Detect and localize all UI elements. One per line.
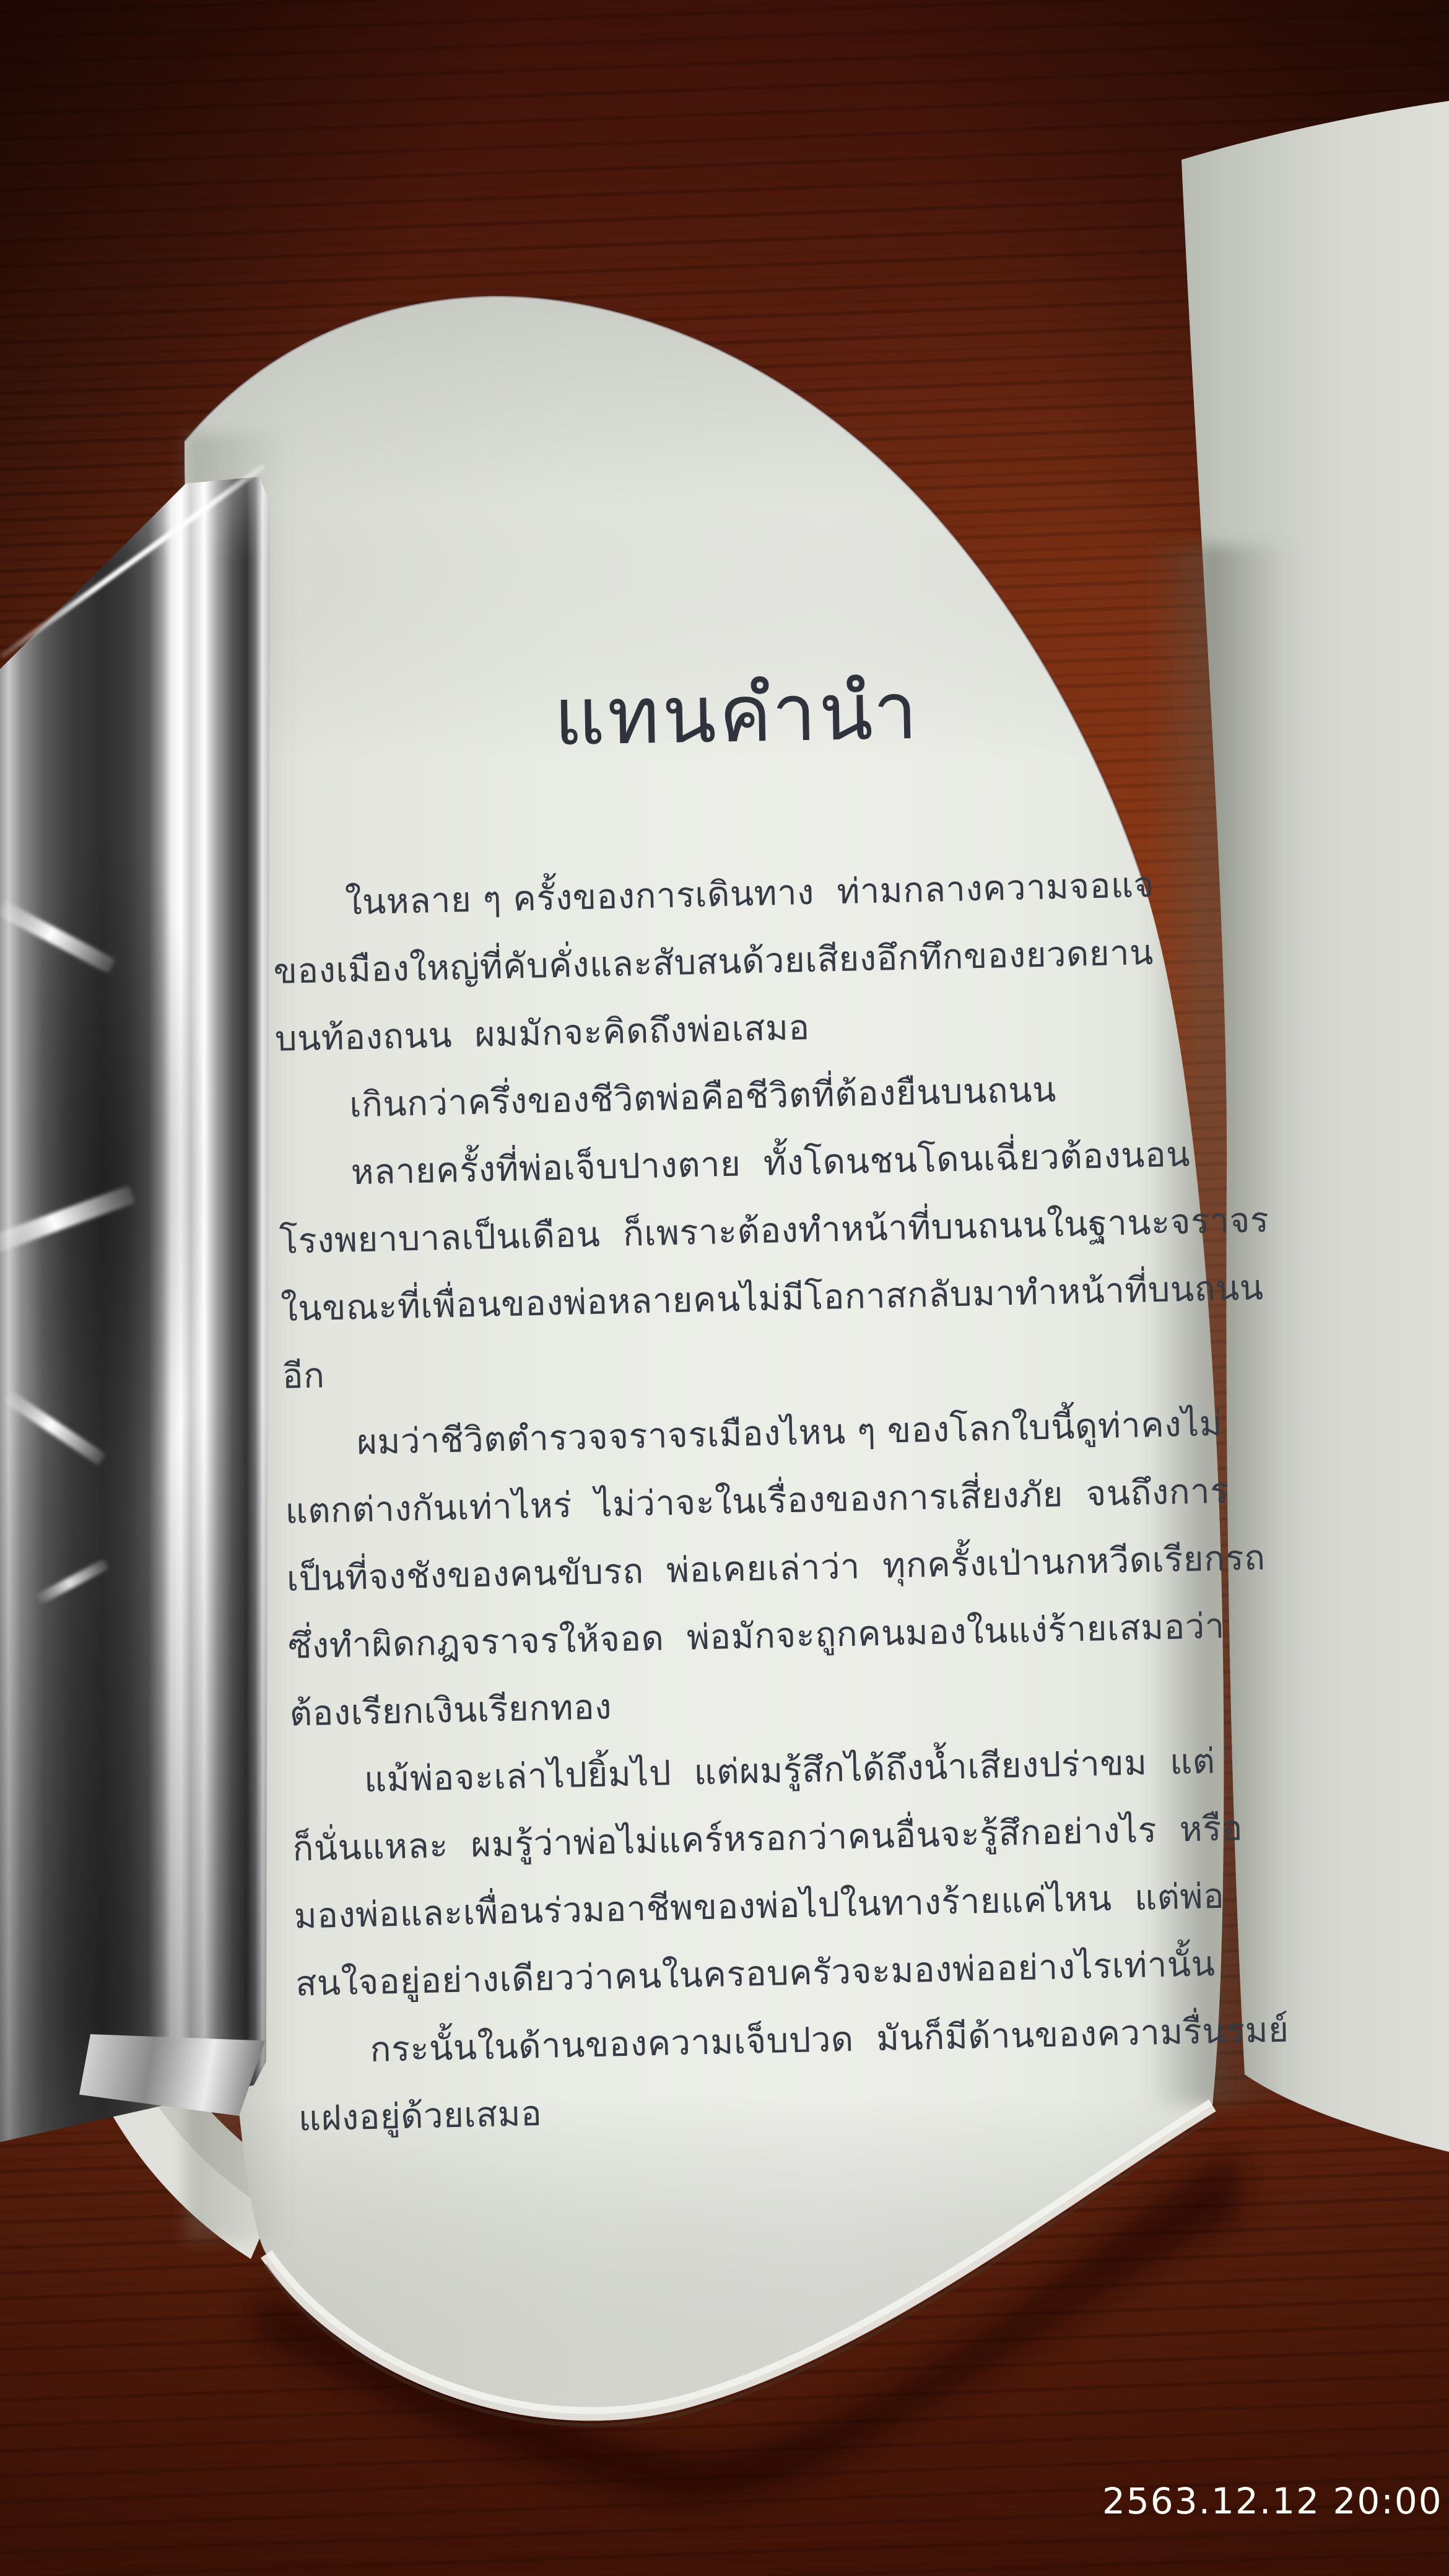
photo-of-book-page: { "page": { "title": "แทนคำนำ", "paragra… bbox=[0, 0, 1449, 2576]
metal-clip bbox=[0, 477, 270, 2149]
body-text: ในหลาย ๆ ครั้งของการเดินทาง ท่ามกลางความ… bbox=[271, 850, 1247, 2153]
camera-timestamp: 2563.12.12 20:00 bbox=[1102, 2480, 1443, 2522]
page-title: แทนคำนำ bbox=[537, 651, 936, 777]
